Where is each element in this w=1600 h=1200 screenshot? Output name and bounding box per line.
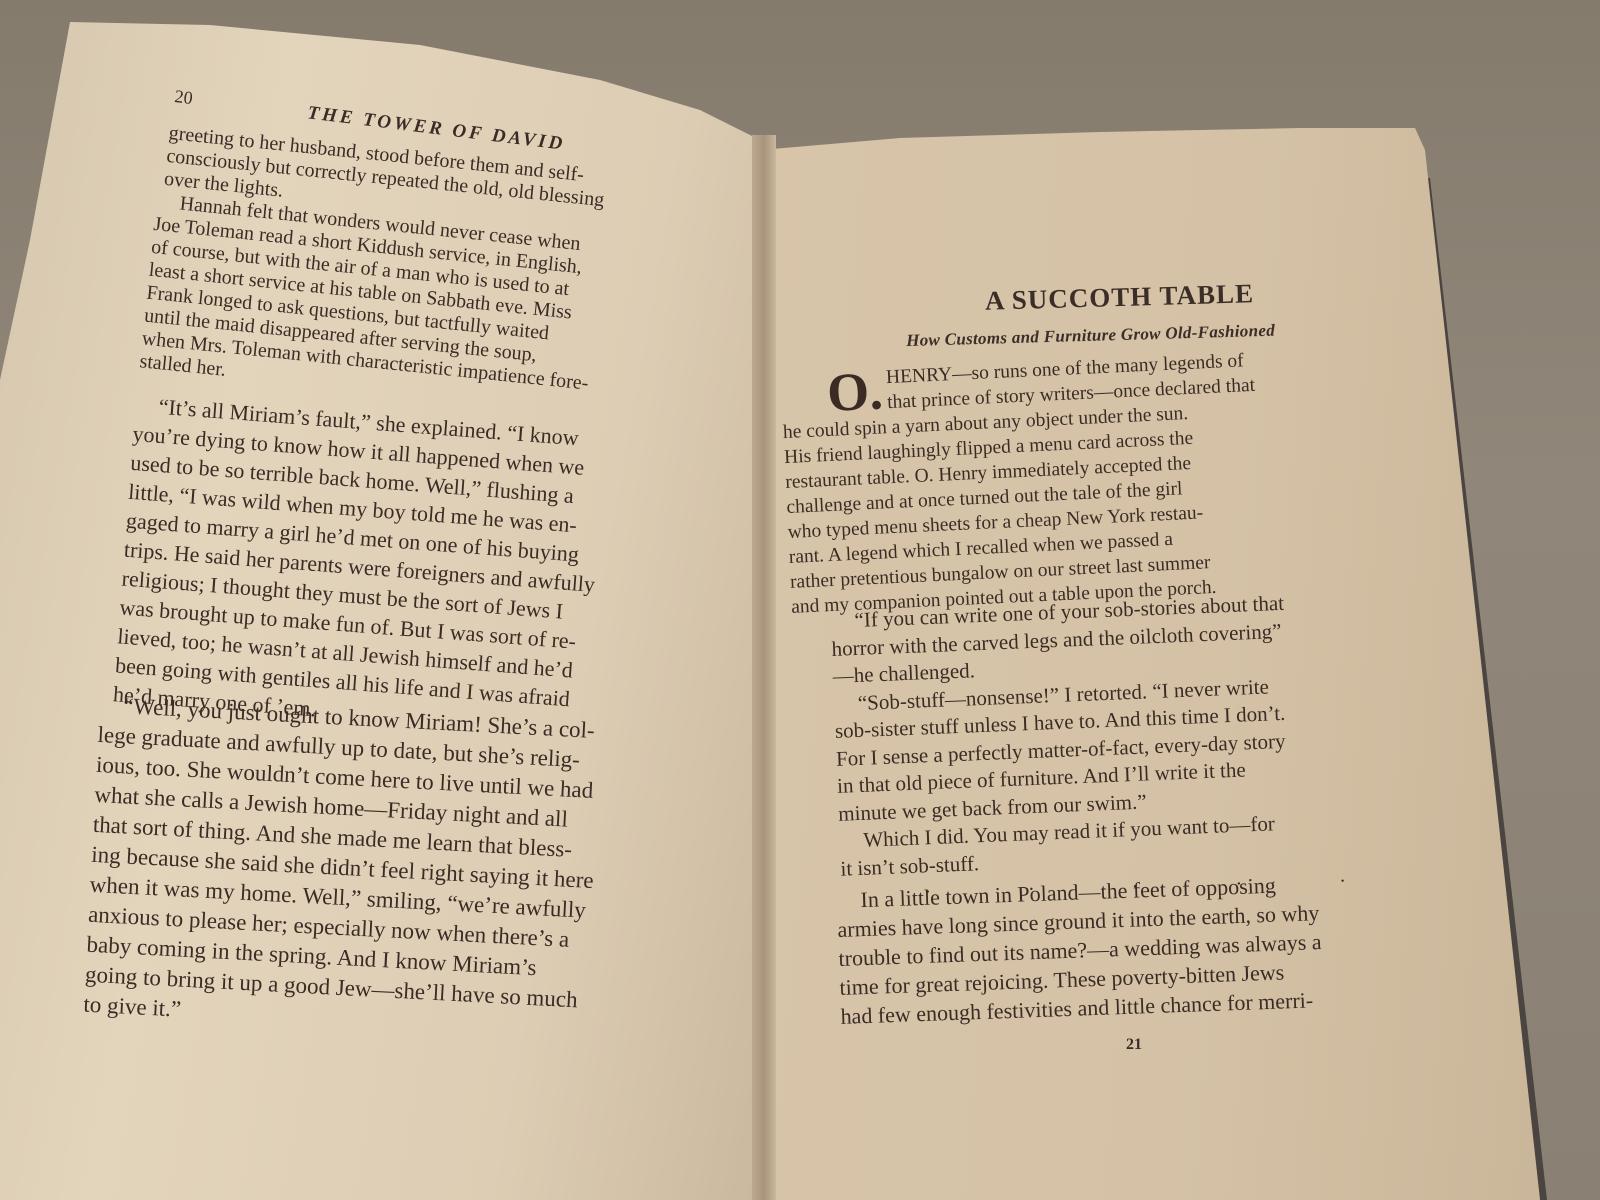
photo-scene: 20 THE TOWER OF DAVID greeting to her hu…	[0, 0, 1600, 1200]
right-page-text-dialogue: “If you can write one of your sob-storie…	[830, 586, 1401, 883]
left-page-text-bottom: “Well, you just ought to know Miriam! Sh…	[83, 690, 709, 1051]
paragraph: “Sob-stuff—nonsense!” I retorted. “I nev…	[833, 668, 1398, 828]
paragraph: “Well, you just ought to know Miriam! Sh…	[83, 690, 709, 1051]
chapter-heading: A SUCCOTH TABLE How Customs and Furnitur…	[899, 276, 1341, 351]
right-page-text-story: In a little town in Poland—the feet of o…	[836, 865, 1441, 1031]
book-gutter	[752, 135, 776, 1200]
page-number-right: 21	[1126, 1036, 1142, 1054]
drop-cap: O.	[826, 368, 884, 415]
right-page-text-intro: O. HENRY—so runs one of the many legends…	[826, 343, 1377, 618]
paragraph: HENRY—so runs one of the many legends of…	[826, 343, 1377, 618]
paragraph: In a little town in Poland—the feet of o…	[836, 865, 1441, 1031]
left-page-text-top: greeting to her husband, stood before th…	[144, 122, 707, 428]
